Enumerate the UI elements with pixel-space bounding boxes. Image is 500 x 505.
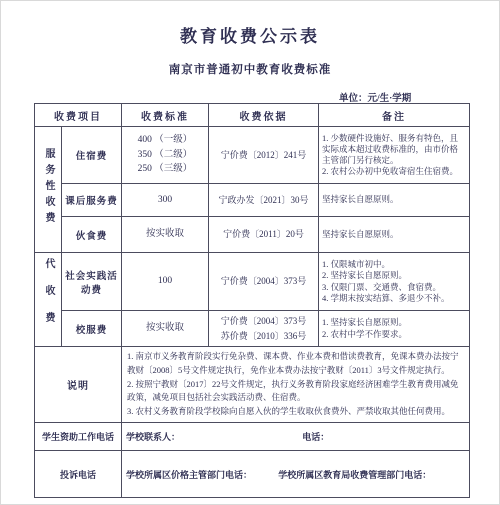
row-after-school-service-fee: 课后服务费 300 宁政办发〔2021〕30号 坚持家长自愿原则。	[35, 184, 470, 217]
document-page: 教育收费公示表 南京市普通初中教育收费标准 单位：元/生·学期 收费项目 收费标…	[0, 0, 500, 505]
social-practice-fee-basis: 宁价费〔2004〕373号	[209, 253, 319, 311]
category-agency-fees: 代收费	[35, 253, 62, 347]
category-service-label: 服务性收费	[43, 148, 53, 228]
uniform-fee-standard: 按实收取	[122, 311, 209, 347]
category-agency-label: 代收费	[43, 258, 53, 339]
header-remark: 备注	[319, 104, 470, 127]
unit-label: 单位：元/生·学期	[339, 90, 499, 103]
social-practice-fee-standard: 100	[122, 253, 209, 311]
complaint-phone-label: 投诉电话	[35, 451, 122, 498]
meal-fee-remark: 坚持家长自愿原则。	[319, 217, 470, 253]
uniform-fee-basis: 宁价费〔2004〕373号 苏价费〔2010〕336号	[209, 311, 319, 347]
row-social-practice-fee: 代收费 社会实践活动费 100 宁价费〔2004〕373号 1. 仅限城市初中。…	[35, 253, 470, 311]
table-header-row: 收费项目 收费标准 收费依据 备注	[35, 104, 470, 127]
header-fee-basis: 收费依据	[209, 104, 319, 127]
uniform-fee-item: 校服费	[62, 311, 122, 347]
notes-label: 说明	[35, 347, 122, 423]
after-school-fee-remark: 坚持家长自愿原则。	[319, 184, 470, 217]
accommodation-fee-item: 住宿费	[62, 127, 122, 184]
fee-table: 收费项目 收费标准 收费依据 备注 服务性收费 住宿费 400 （一级） 350…	[34, 103, 470, 498]
student-aid-phone-label: 学生资助工作电话	[35, 423, 122, 451]
social-practice-fee-remark: 1. 仅限城市初中。 2. 坚持家长自愿原则。 3. 仅限门票、交通费、食宿费。…	[319, 253, 470, 311]
notes-body: 1. 南京市义务教育阶段实行免杂费、课本费、作业本费和借读费教育，免课本费办法按…	[122, 347, 470, 423]
row-student-aid-phone: 学生资助工作电话 学校联系人： 电话：	[35, 423, 470, 451]
accommodation-fee-basis: 宁价费〔2012〕241号	[209, 127, 319, 184]
edu-dept-phone-label: 学校所属区教育局收费管理部门电话：	[278, 470, 431, 480]
after-school-fee-standard: 300	[122, 184, 209, 217]
uniform-fee-remark: 1. 坚持家长自愿原则。 2. 农村中学不作要求。	[319, 311, 470, 347]
after-school-fee-basis: 宁政办发〔2021〕30号	[209, 184, 319, 217]
row-meal-fee: 伙食费 按实收取 宁价费〔2011〕20号 坚持家长自愿原则。	[35, 217, 470, 253]
complaint-phone-body: 学校所属区价格主管部门电话： 学校所属区教育局收费管理部门电话：	[122, 451, 470, 498]
row-complaint-phone: 投诉电话 学校所属区价格主管部门电话： 学校所属区教育局收费管理部门电话：	[35, 451, 470, 498]
student-aid-phone-body: 学校联系人： 电话：	[122, 423, 470, 451]
header-fee-standard: 收费标准	[122, 104, 209, 127]
header-fee-item: 收费项目	[35, 104, 122, 127]
meal-fee-standard: 按实收取	[122, 217, 209, 253]
accommodation-fee-remark: 1. 少数硬件设施好、服务有特色，且实际成本超过收费标准的，由市价格主管部门另行…	[319, 127, 470, 184]
row-uniform-fee: 校服费 按实收取 宁价费〔2004〕373号 苏价费〔2010〕336号 1. …	[35, 311, 470, 347]
price-dept-phone-label: 学校所属区价格主管部门电话：	[126, 470, 252, 480]
meal-fee-item: 伙食费	[62, 217, 122, 253]
after-school-fee-item: 课后服务费	[62, 184, 122, 217]
accommodation-fee-standard: 400 （一级） 350 （二级） 250 （三级）	[122, 127, 209, 184]
category-service-fees: 服务性收费	[35, 127, 62, 253]
row-notes: 说明 1. 南京市义务教育阶段实行免杂费、课本费、作业本费和借读费教育，免课本费…	[35, 347, 470, 423]
page-title: 教育收费公示表	[1, 22, 499, 47]
row-accommodation-fee: 服务性收费 住宿费 400 （一级） 350 （二级） 250 （三级） 宁价费…	[35, 127, 470, 184]
phone-label: 电话：	[302, 432, 329, 442]
meal-fee-basis: 宁价费〔2011〕20号	[209, 217, 319, 253]
page-subtitle: 南京市普通初中教育收费标准	[1, 61, 499, 77]
social-practice-fee-item: 社会实践活动费	[62, 253, 122, 311]
school-contact-label: 学校联系人：	[126, 432, 180, 442]
